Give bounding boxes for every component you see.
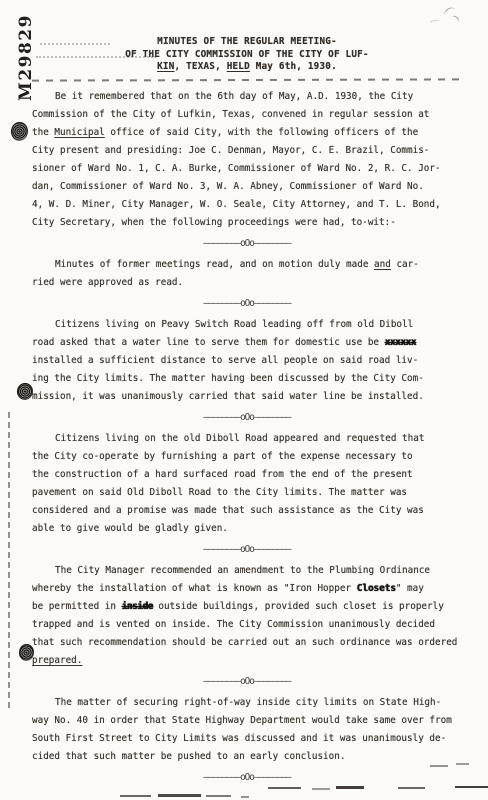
doc-line: Commission of the City of Lufkin, Texas,… xyxy=(32,106,462,124)
doc-line: City present and presiding: Joe C. Denma… xyxy=(32,142,462,160)
doc-line: that such recommendation should be carri… xyxy=(32,634,462,652)
doc-line: pavement on said Old Diboll Road to the … xyxy=(32,484,462,502)
doc-line: ing the City limits. The matter having b… xyxy=(32,370,462,388)
bottom-edge-dash xyxy=(158,794,201,797)
bottom-edge-dash xyxy=(398,787,425,789)
doc-line: Citizens living on the old Diboll Road a… xyxy=(32,430,462,448)
doc-line: way No. 40 in order that State Highway D… xyxy=(32,712,462,730)
bottom-edge-dash xyxy=(241,796,249,798)
doc-line: City Secretary, when the following proce… xyxy=(32,214,462,232)
doc-line: Citizens living on Peavy Switch Road lea… xyxy=(32,316,462,334)
bottom-edge-dash xyxy=(456,763,469,765)
doc-line: considered and a promise was made that s… xyxy=(32,502,462,520)
doc-line: Be it remembered that on the 6th day of … xyxy=(32,88,462,106)
doc-line: sioner of Ward No. 1, C. A. Burke, Commi… xyxy=(32,160,462,178)
document-content: MINUTES OF THE REGULAR MEETING-OF THE CI… xyxy=(32,36,462,790)
ooo-separator: ————————oOo———————— xyxy=(32,673,462,691)
doc-line: whereby the installation of what is know… xyxy=(32,580,462,598)
ooo-separator: ————————oOo———————— xyxy=(32,769,462,787)
doc-line: road asked that a water line to serve th… xyxy=(32,334,462,352)
dashed-rule xyxy=(32,78,462,81)
pencil-scribble-mark xyxy=(430,19,441,26)
doc-line: the Municipal office of said City, with … xyxy=(32,124,462,142)
doc-line: The matter of securing right-of-way insi… xyxy=(32,694,462,712)
title-line: MINUTES OF THE REGULAR MEETING- xyxy=(32,36,462,49)
title-line: KIN, TEXAS, HELD May 6th, 1930. xyxy=(32,61,462,74)
ooo-separator: ————————oOo———————— xyxy=(32,235,462,253)
doc-line: ried were approved as read. xyxy=(32,274,462,292)
doc-line: able to give would be gladly given. xyxy=(32,520,462,538)
doc-line: mission, it was unanimously carried that… xyxy=(32,388,462,406)
bottom-edge-dash xyxy=(336,786,364,789)
doc-line: be permitted in inside outside buildings… xyxy=(32,598,462,616)
scanned-minutes-page: M29829 MINUTES OF THE REGULAR MEETING-OF… xyxy=(0,0,488,800)
doc-line: 4, W. D. Miner, City Manager, W. O. Seal… xyxy=(32,196,462,214)
ooo-separator: ————————oOo———————— xyxy=(32,541,462,559)
bottom-edge-dash xyxy=(430,765,448,767)
bottom-edge-dash xyxy=(268,787,301,789)
ooo-separator: ————————oOo———————— xyxy=(32,295,462,313)
ink-stamp-middle xyxy=(17,383,33,400)
bottom-edge-dash xyxy=(455,786,488,788)
doc-line: the City co-operate by furnishing a part… xyxy=(32,448,462,466)
document-body: Be it remembered that on the 6th day of … xyxy=(32,88,462,787)
doc-line: trapped and is vented on inside. The Cit… xyxy=(32,616,462,634)
bottom-edge-dash xyxy=(206,795,231,797)
doc-line: South First Street to City Limits was di… xyxy=(32,730,462,748)
doc-line: Minutes of former meetings read, and on … xyxy=(32,256,462,274)
doc-line: prepared. xyxy=(32,652,462,670)
doc-line: dan, Commissioner of Ward No. 3, W. A. A… xyxy=(32,178,462,196)
bottom-edge-dash xyxy=(312,788,330,790)
doc-line: cided that such matter be pushed to an e… xyxy=(32,748,462,766)
title-line: OF THE CITY COMMISSION OF THE CITY OF LU… xyxy=(32,49,462,62)
ooo-separator: ————————oOo———————— xyxy=(32,409,462,427)
doc-line: the construction of a hard surfaced road… xyxy=(32,466,462,484)
ink-stamp-top xyxy=(11,122,28,141)
doc-line: The City Manager recommended an amendmen… xyxy=(32,562,462,580)
bottom-edge-dash xyxy=(120,795,151,797)
doc-line: installed a sufficient distance to serve… xyxy=(32,352,462,370)
document-title: MINUTES OF THE REGULAR MEETING-OF THE CI… xyxy=(32,36,462,74)
margin-vertical-dashed-line xyxy=(8,412,10,708)
